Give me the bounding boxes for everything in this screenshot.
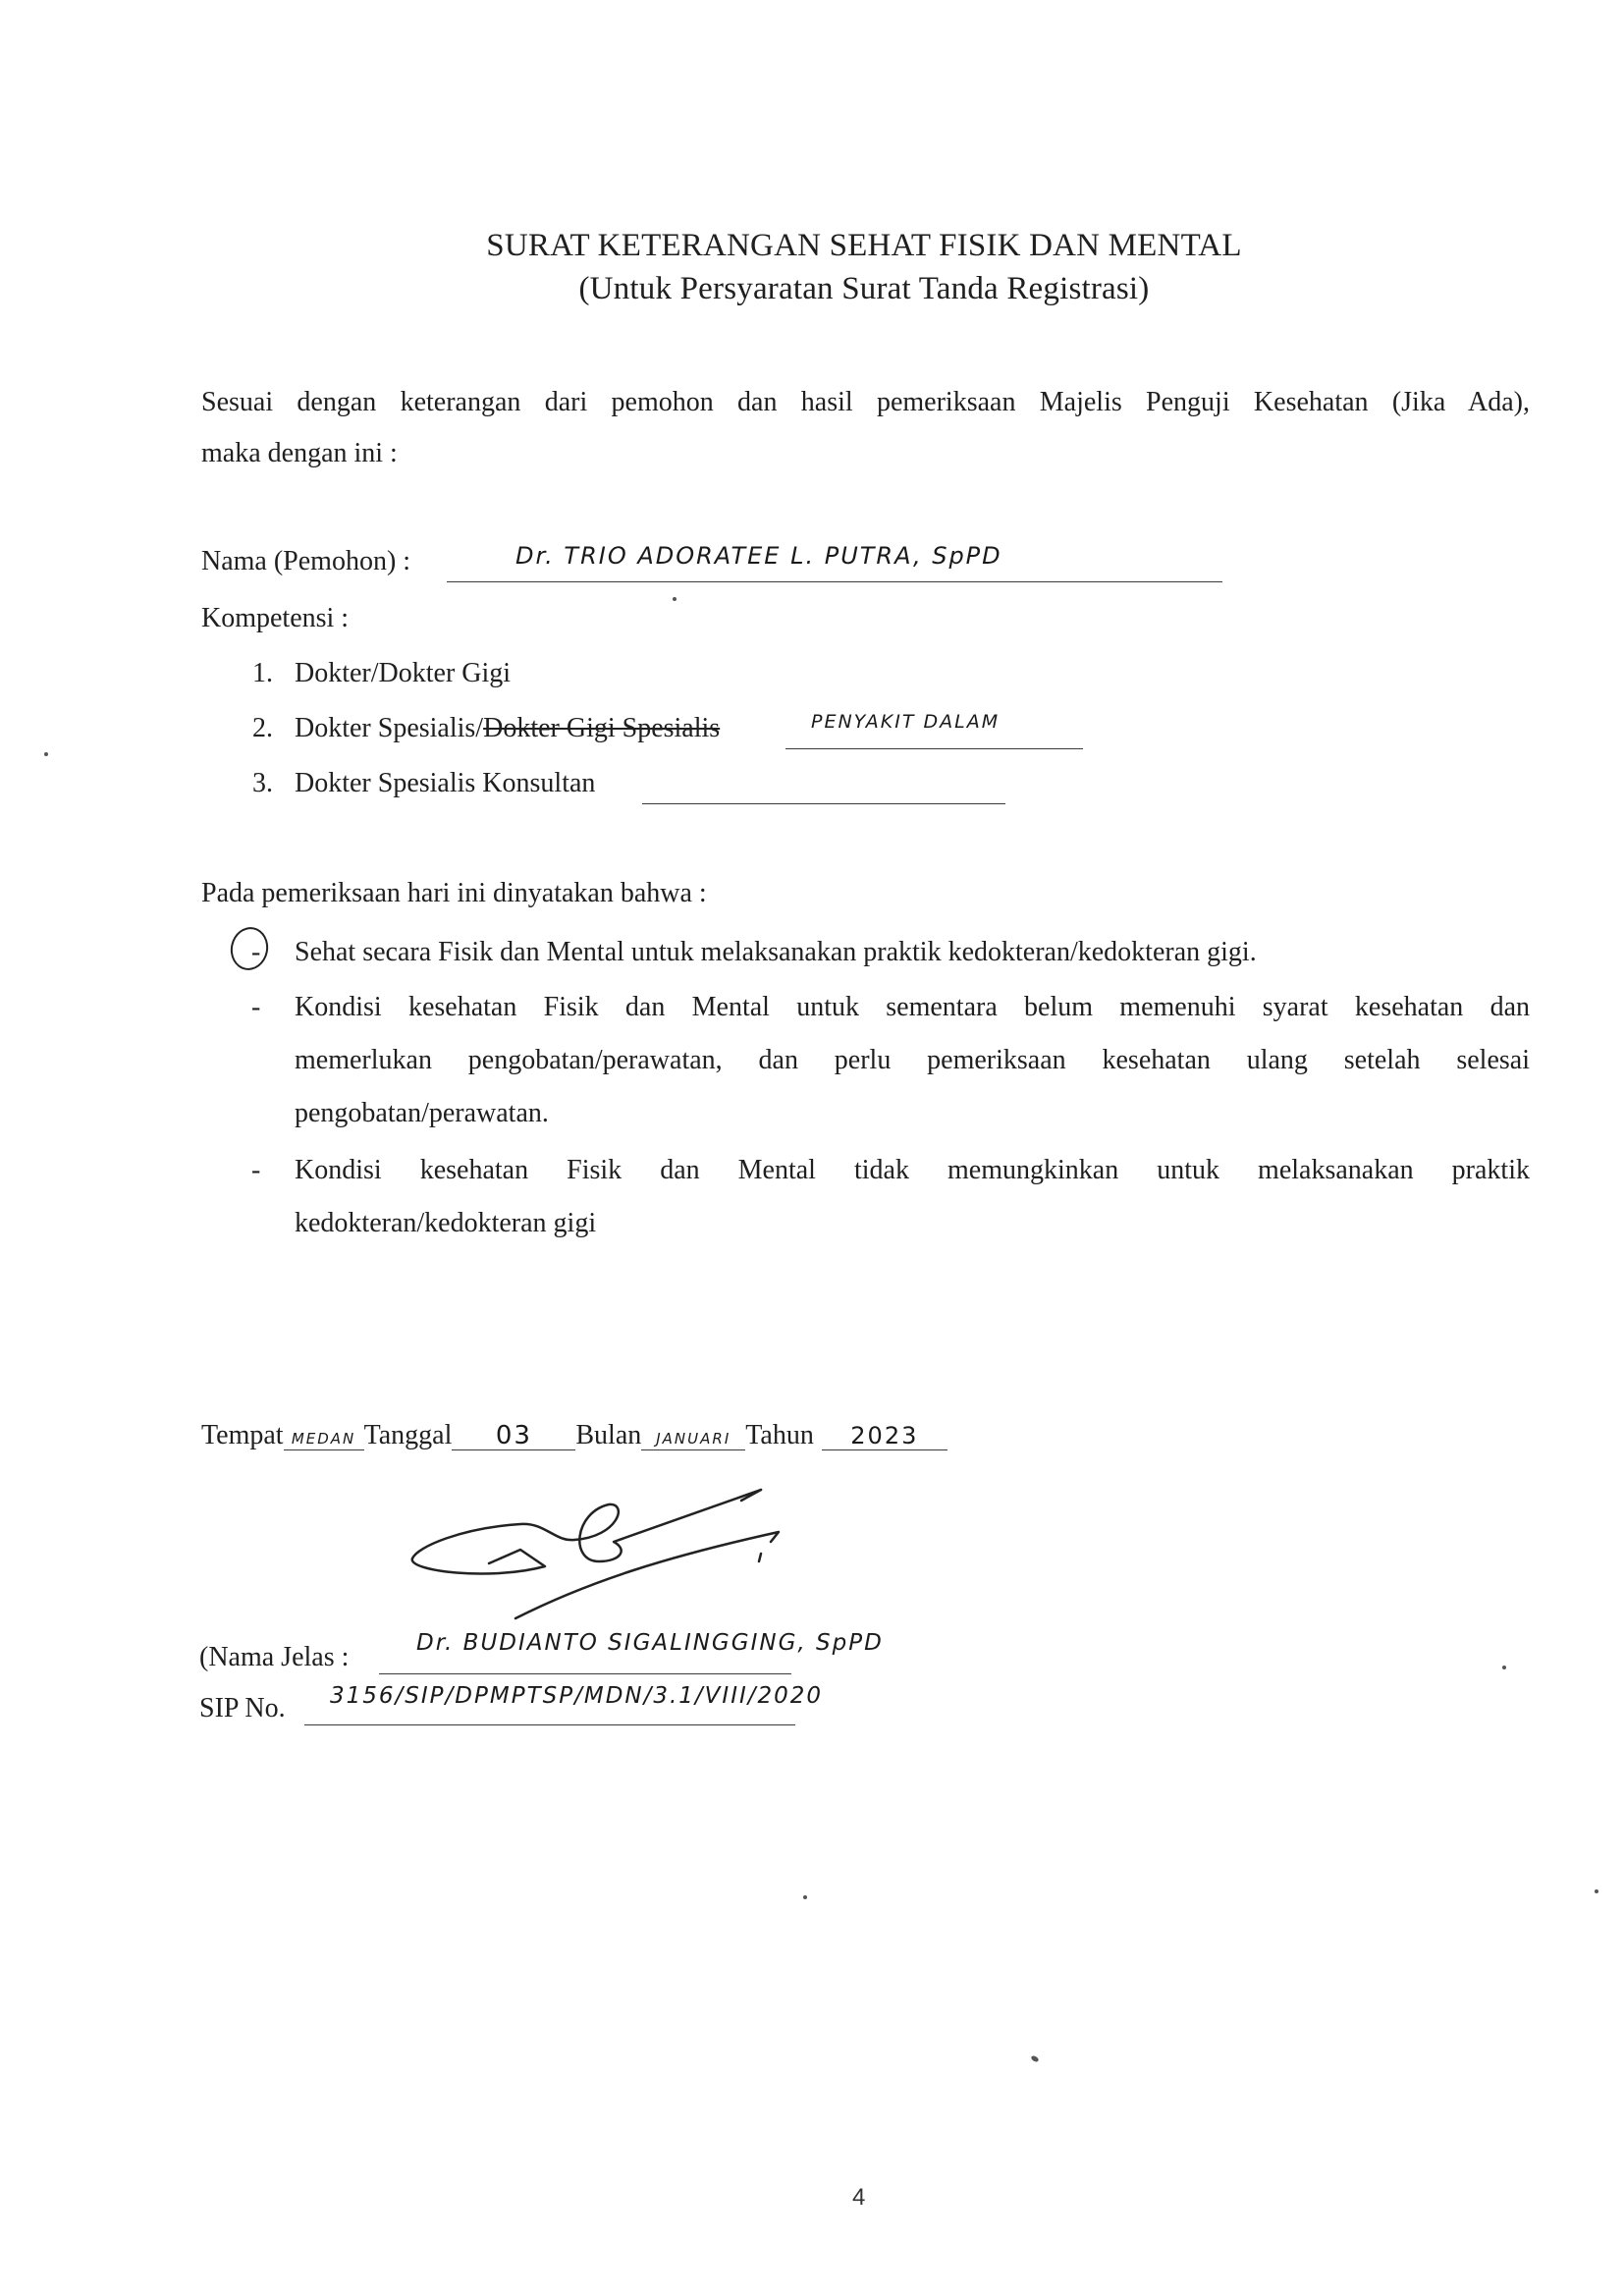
scan-speck xyxy=(1595,1889,1598,1893)
competence-label: Kompetensi : xyxy=(201,605,349,632)
scan-speck xyxy=(803,1895,807,1899)
year-field[interactable]: 2023 xyxy=(822,1422,947,1450)
month-value: JANUARI xyxy=(656,1430,731,1448)
signatory-name-field[interactable]: Dr. BUDIANTO SIGALINGGING, SpPD xyxy=(379,1630,791,1674)
applicant-name-value: Dr. TRIO ADORATEE L. PUTRA, SpPD xyxy=(515,542,1002,570)
competence-item-2: Dokter Spesialis/Dokter Gigi Spesialis xyxy=(295,715,720,742)
document-subtitle: (Untuk Persyaratan Surat Tanda Registras… xyxy=(0,271,1624,307)
year-value: 2023 xyxy=(850,1422,918,1449)
document-title: SURAT KETERANGAN SEHAT FISIK DAN MENTAL xyxy=(0,228,1624,264)
option-1-text: Sehat secara Fisik dan Mental untuk mela… xyxy=(295,939,1257,966)
sip-value: 3156/SIP/DPMPTSP/MDN/3.1/VIII/2020 xyxy=(330,1683,823,1709)
applicant-label: Nama (Pemohon) : xyxy=(201,548,410,575)
place-label: Tempat xyxy=(201,1420,284,1450)
option-2-marker[interactable]: - xyxy=(251,994,260,1021)
place-date-row: TempatMEDANTanggal03BulanJANUARITahun202… xyxy=(201,1422,947,1450)
competence-item-2-text: Dokter Spesialis/ xyxy=(295,713,483,743)
option-3-line-2: kedokteran/kedokteran gigi xyxy=(295,1210,596,1237)
specialty-field[interactable]: PENYAKIT DALAM xyxy=(785,709,1083,749)
option-3-line-1: Kondisi kesehatan Fisik dan Mental tidak… xyxy=(295,1157,1530,1184)
option-2-line-2: memerlukan pengobatan/perawatan, dan per… xyxy=(295,1047,1530,1074)
applicant-name-field[interactable]: Dr. TRIO ADORATEE L. PUTRA, SpPD xyxy=(447,536,1222,582)
month-field[interactable]: JANUARI xyxy=(641,1422,745,1450)
selected-option-circle-icon[interactable] xyxy=(227,924,272,974)
month-label: Bulan xyxy=(575,1420,641,1450)
option-2-line-1: Kondisi kesehatan Fisik dan Mental untuk… xyxy=(295,994,1530,1021)
competence-item-2-struck-text: Dokter Gigi Spesialis xyxy=(483,713,720,743)
option-1-marker: - xyxy=(251,939,260,966)
day-label: Tanggal xyxy=(364,1420,453,1450)
page-number: 4 xyxy=(852,2184,865,2212)
competence-item-1-text: Dokter/Dokter Gigi xyxy=(295,660,511,687)
sip-label: SIP No. xyxy=(199,1695,286,1722)
option-2-line-3: pengobatan/perawatan. xyxy=(295,1100,549,1127)
competence-item-2-number: 2. xyxy=(252,715,273,742)
competence-item-3-number: 3. xyxy=(252,770,273,797)
intro-line-1: Sesuai dengan keterangan dari pemohon da… xyxy=(201,389,1530,416)
place-field[interactable]: MEDAN xyxy=(284,1422,364,1450)
place-value: MEDAN xyxy=(292,1430,355,1448)
scan-speck xyxy=(673,597,677,601)
signature-icon xyxy=(373,1463,815,1620)
scan-speck xyxy=(44,752,48,756)
intro-line-2: maka dengan ini : xyxy=(201,440,398,467)
scan-speck xyxy=(1030,2054,1039,2062)
scan-speck xyxy=(1502,1666,1506,1669)
signatory-name-label: (Nama Jelas : xyxy=(199,1644,349,1671)
day-field[interactable]: 03 xyxy=(452,1422,575,1450)
examination-label: Pada pemeriksaan hari ini dinyatakan bah… xyxy=(201,880,707,907)
consultant-field[interactable] xyxy=(642,764,1005,804)
option-3-marker[interactable]: - xyxy=(251,1157,260,1184)
competence-item-3-text: Dokter Spesialis Konsultan xyxy=(295,770,595,797)
day-value: 03 xyxy=(496,1421,532,1450)
competence-item-1-number: 1. xyxy=(252,660,273,687)
specialty-value: PENYAKIT DALAM xyxy=(811,711,1000,733)
year-label: Tahun xyxy=(745,1420,814,1450)
sip-field[interactable]: 3156/SIP/DPMPTSP/MDN/3.1/VIII/2020 xyxy=(304,1681,795,1725)
signatory-name-value: Dr. BUDIANTO SIGALINGGING, SpPD xyxy=(416,1630,884,1656)
